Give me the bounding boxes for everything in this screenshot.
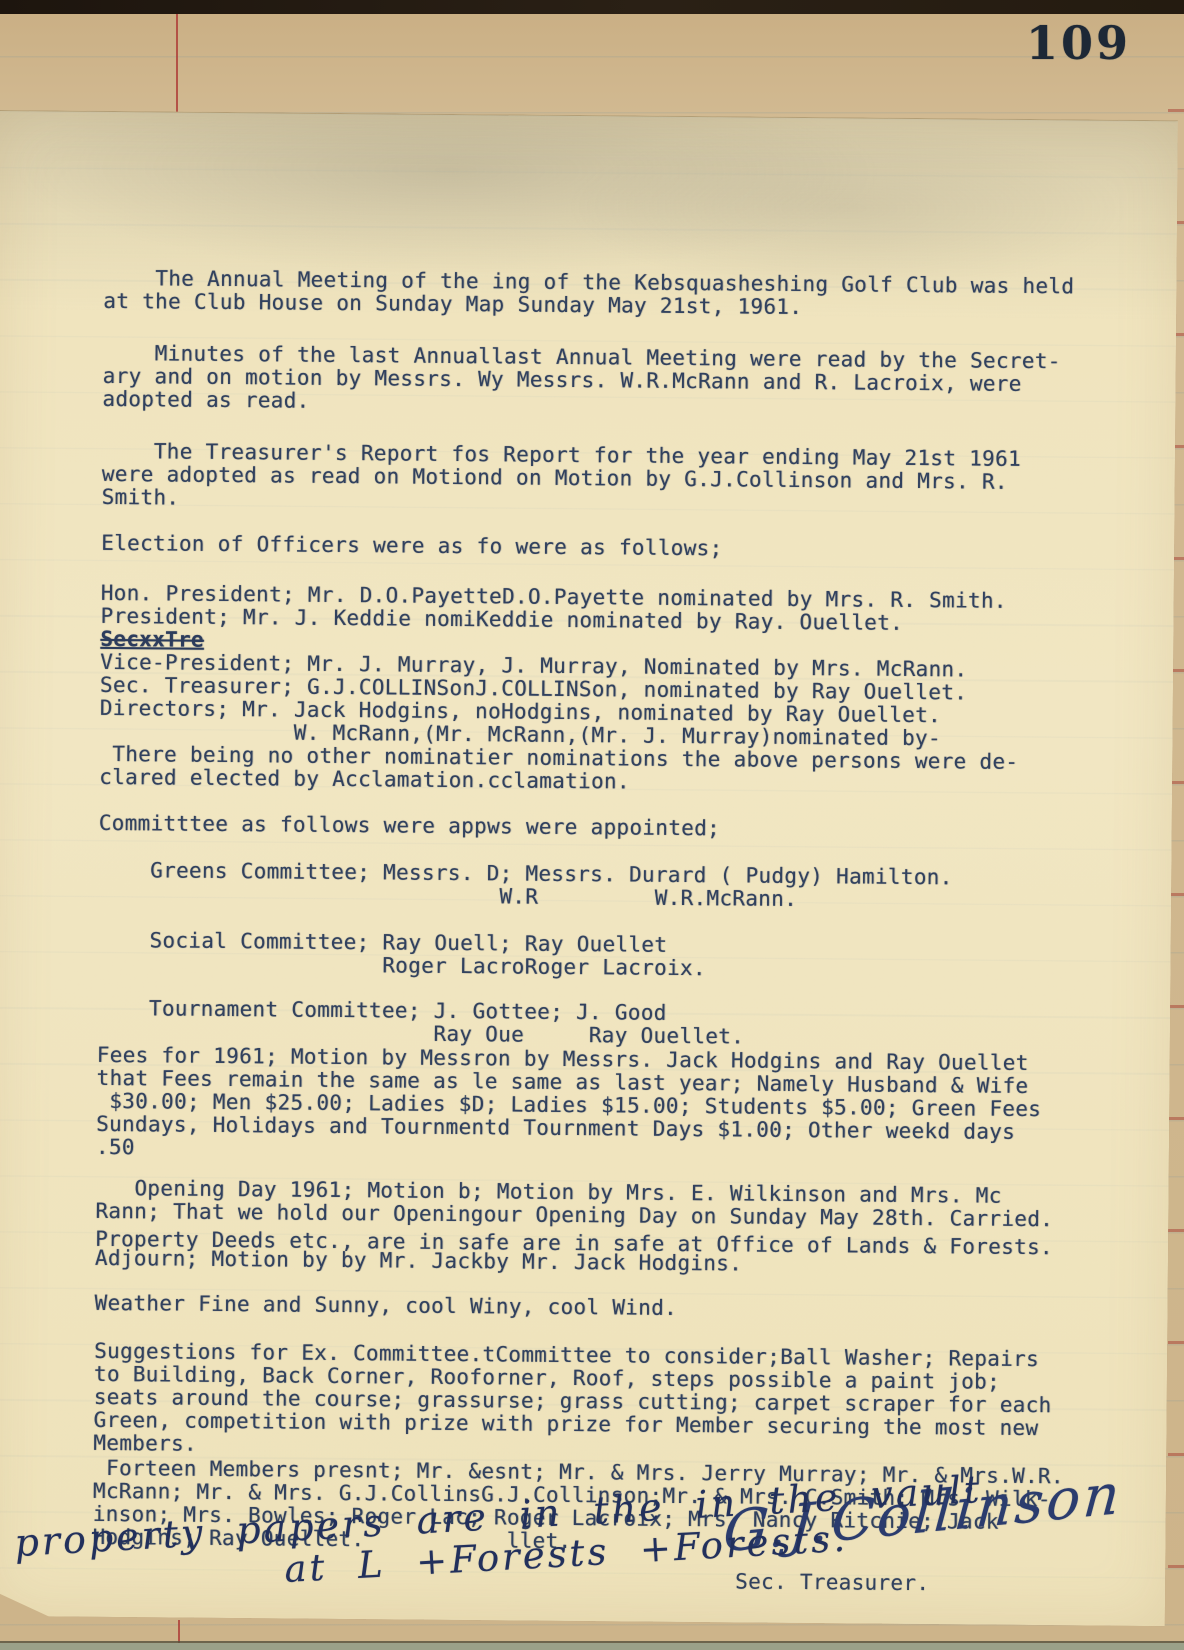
typed-line: Election of Officers were as fo were as … — [101, 532, 1144, 564]
page-number: 109 — [1026, 16, 1131, 70]
typed-paragraph: The Treasurer's Report fos Report for th… — [102, 440, 1146, 518]
sec-treasurer-label: Sec. Treasurer. — [735, 1569, 929, 1595]
red-margin-line-top — [176, 14, 178, 118]
typed-paragraph: Weather Fine and Sunny, cool Winy, cool … — [94, 1292, 1137, 1324]
typed-paragraph: Social Committee; Ray Ouell; Ray Ouellet… — [97, 929, 1140, 984]
typed-line: Committtee as follows were appws were ap… — [99, 812, 1142, 844]
next-page-edge — [0, 1643, 1184, 1650]
typed-paragraph: Greens Committee; Messrs. D; Messrs. Dur… — [98, 859, 1141, 914]
typed-line: Weather Fine and Sunny, cool Winy, cool … — [94, 1292, 1137, 1324]
typed-paragraph: Minutes of the last Annuallast Annual Me… — [102, 342, 1146, 420]
typed-paragraph: Suggestions for Ex. Committee.tCommittee… — [93, 1340, 1137, 1464]
book-gutter-shadow — [0, 0, 1184, 14]
scanned-minutes-page: 109 The Annual Meeting of the ing of the… — [0, 0, 1184, 1650]
typed-paragraph: Opening Day 1961; Motion b; Motion by Mr… — [95, 1177, 1138, 1232]
typed-paragraph: Committtee as follows were appws were ap… — [99, 812, 1142, 844]
typed-paragraph: Election of Officers were as fo were as … — [101, 532, 1144, 564]
typed-paragraph: Fees for 1961; Motion by Messron by Mess… — [96, 1044, 1140, 1168]
typed-paragraph: Hon. President; Mr. D.O.PayetteD.O.Payet… — [99, 582, 1144, 798]
typed-sheet: The Annual Meeting of the ing of the Keb… — [0, 110, 1178, 1626]
typed-paragraph: Property Deeds etc., are in safe are in … — [95, 1230, 1138, 1277]
typed-paragraph: The Annual Meeting of the ing of the Keb… — [103, 267, 1146, 322]
